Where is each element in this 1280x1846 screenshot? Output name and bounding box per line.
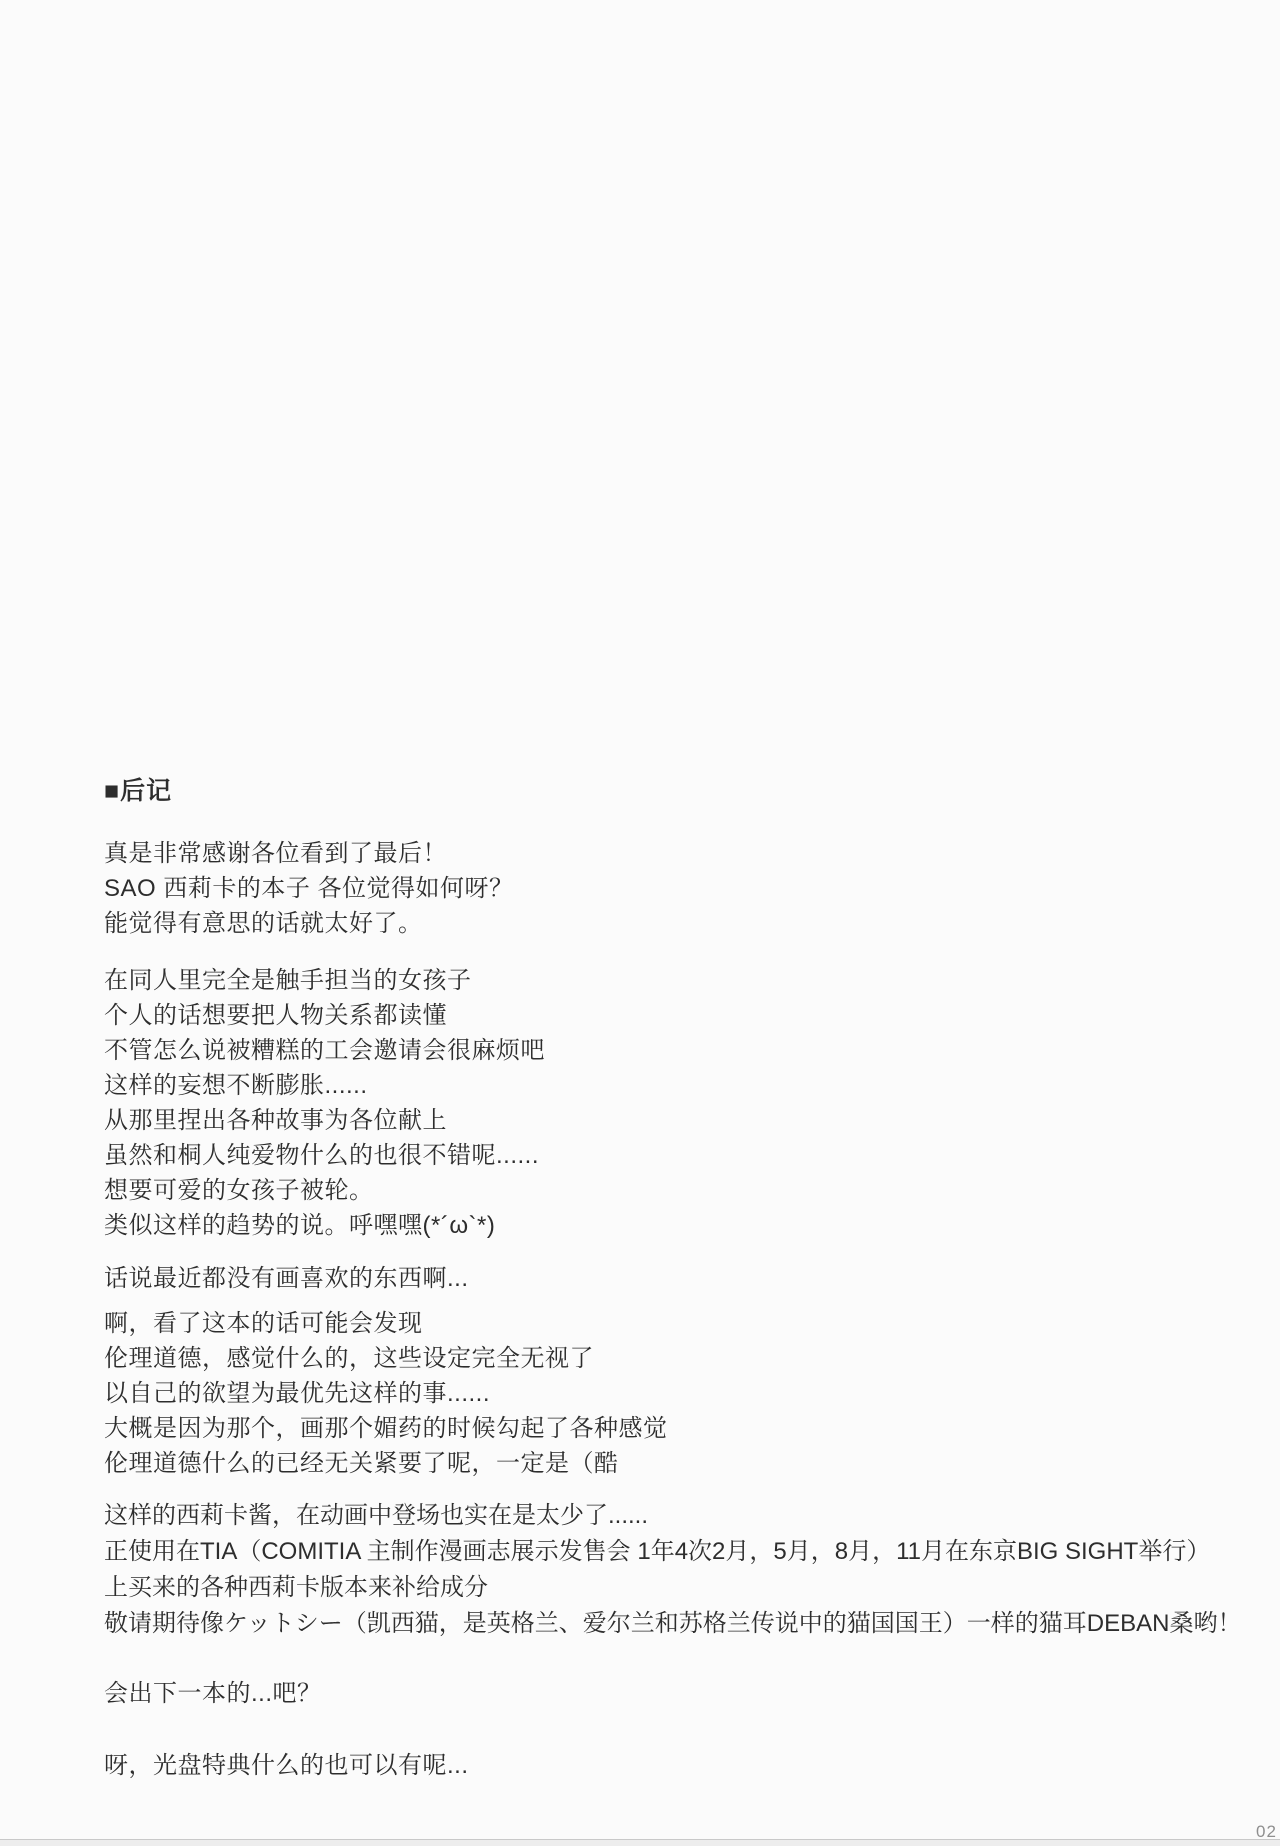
afterword-line: 啊，看了这本的话可能会发现	[104, 1306, 668, 1341]
afterword-line: 伦理道德什么的已经无关紧要了呢，一定是（酷	[104, 1446, 668, 1481]
afterword-paragraph: 真是非常感谢各位看到了最后！ SAO 西莉卡的本子 各位觉得如何呀？ 能觉得有意…	[104, 836, 514, 941]
afterword-heading: ■后记	[104, 773, 172, 809]
afterword-line: 在同人里完全是触手担当的女孩子	[104, 963, 545, 998]
afterword-line: 大概是因为那个，画那个媚药的时候勾起了各种感觉	[104, 1411, 668, 1446]
afterword-line: SAO 西莉卡的本子 各位觉得如何呀？	[104, 871, 514, 906]
afterword-line: 能觉得有意思的话就太好了。	[104, 906, 514, 941]
afterword-line: 会出下一本的...吧？	[104, 1676, 322, 1711]
afterword-line: 话说最近都没有画喜欢的东西啊...	[104, 1261, 469, 1296]
afterword-line: 真是非常感谢各位看到了最后！	[104, 836, 514, 871]
afterword-line: 想要可爱的女孩子被轮。	[104, 1173, 545, 1208]
afterword-line: 虽然和桐人纯爱物什么的也很不错呢......	[104, 1138, 545, 1173]
afterword-line: 这样的西莉卡酱，在动画中登场也实在是太少了......	[104, 1498, 1241, 1534]
afterword-paragraph: 在同人里完全是触手担当的女孩子 个人的话想要把人物关系都读懂 不管怎么说被糟糕的…	[104, 963, 545, 1243]
afterword-paragraph: 这样的西莉卡酱，在动画中登场也实在是太少了...... 正使用在TIA（COMI…	[104, 1498, 1241, 1642]
afterword-line: 上买来的各种西莉卡版本来补给成分	[104, 1570, 1241, 1606]
afterword-line: 伦理道德，感觉什么的，这些设定完全无视了	[104, 1341, 668, 1376]
afterword-page: ■后记 真是非常感谢各位看到了最后！ SAO 西莉卡的本子 各位觉得如何呀？ 能…	[0, 0, 1280, 1846]
page-bottom-edge	[0, 1839, 1280, 1846]
afterword-paragraph: 会出下一本的...吧？	[104, 1676, 322, 1711]
afterword-line: 敬请期待像ケットシー（凯西猫，是英格兰、爱尔兰和苏格兰传说中的猫国国王）一样的猫…	[104, 1606, 1241, 1642]
afterword-line: 呀，光盘特典什么的也可以有呢...	[104, 1748, 469, 1783]
afterword-line: 个人的话想要把人物关系都读懂	[104, 998, 545, 1033]
afterword-line: 不管怎么说被糟糕的工会邀请会很麻烦吧	[104, 1033, 545, 1068]
afterword-paragraph: 话说最近都没有画喜欢的东西啊...	[104, 1261, 469, 1296]
afterword-line: 类似这样的趋势的说。呼嘿嘿(*´ω`*)	[104, 1208, 545, 1243]
afterword-paragraph: 啊，看了这本的话可能会发现 伦理道德，感觉什么的，这些设定完全无视了 以自己的欲…	[104, 1306, 668, 1481]
afterword-line: 正使用在TIA（COMITIA 主制作漫画志展示发售会 1年4次2月，5月，8月…	[104, 1534, 1241, 1570]
afterword-line: 以自己的欲望为最优先这样的事......	[104, 1376, 668, 1411]
afterword-paragraph: 呀，光盘特典什么的也可以有呢...	[104, 1748, 469, 1783]
afterword-line: 这样的妄想不断膨胀......	[104, 1068, 545, 1103]
afterword-line: 从那里捏出各种故事为各位献上	[104, 1103, 545, 1138]
